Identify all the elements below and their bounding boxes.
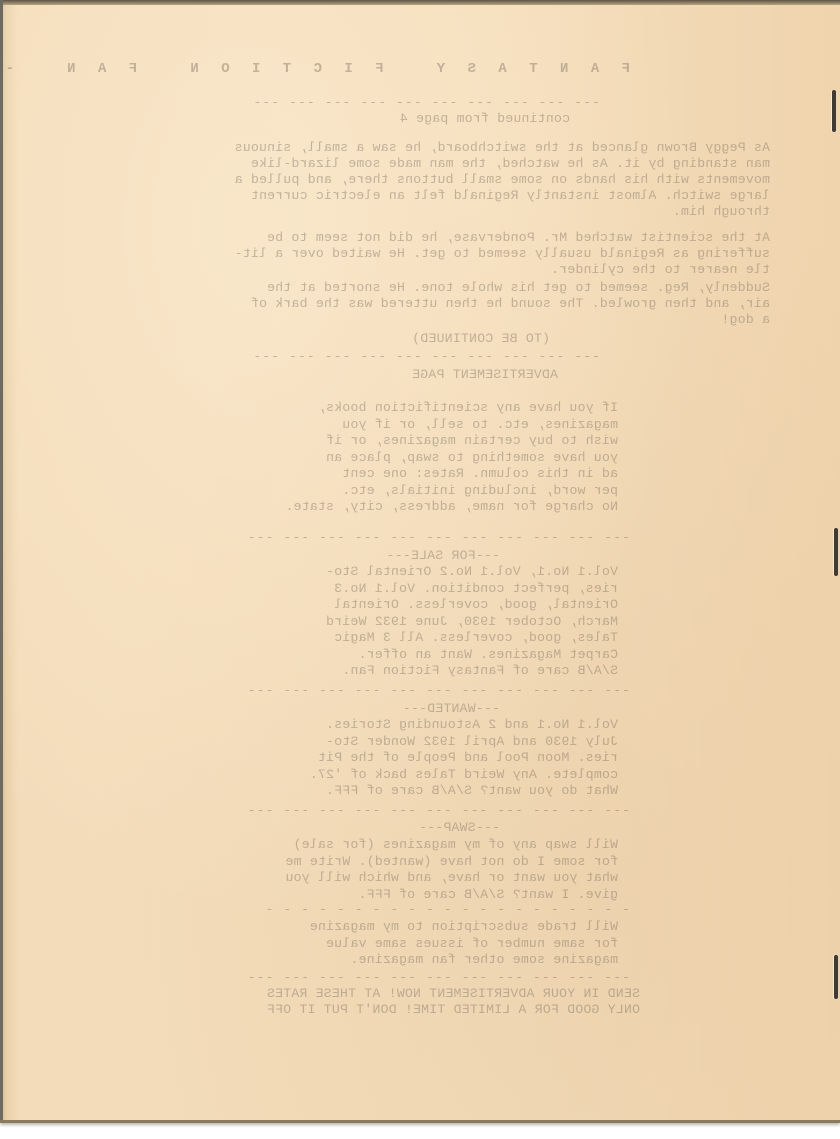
bleed-through-text: F A N T A S Y F I C T I O N F A N - 6 - … <box>0 0 840 1120</box>
wanted-line: ries. Moon Pool and People of the Pit <box>318 750 618 765</box>
for-sale-line: Vol.1 No.1, Vol.1 No.2 Oriental Sto- <box>326 564 618 579</box>
story-line: suffering as Reginald usually seemed to … <box>234 246 770 261</box>
swap-heading: ---SWAP--- <box>419 820 500 835</box>
trade-offer-line: Will trade subscription to my magazine <box>310 919 618 934</box>
swap-line: what you want or have, and which will yo… <box>285 870 618 885</box>
section-rule-5: - - - - - - - - - - - - - - - - - - - - … <box>265 902 630 917</box>
story-line: a dog! <box>721 312 770 327</box>
story-line: through him. <box>673 204 770 219</box>
ad-page-title: ADVERTISEMENT PAGE <box>412 367 558 382</box>
ad-intro-line: ad in this column. Rates: one cent <box>342 466 618 481</box>
wanted-line: complete. Any Weird Tales back of '27. <box>310 767 618 782</box>
closing-line: ONLY GOOD FOR A LIMITED TIME! DON'T PUT … <box>267 1002 640 1017</box>
page-header: F A N T A S Y F I C T I O N F A N - 6 - <box>0 62 630 77</box>
ad-intro-line: you have something to swap, place an <box>326 450 618 465</box>
story-line: At the scientist watched Mr. Pondervase,… <box>267 230 770 245</box>
ad-intro-line: wish to buy certain magazines, or if <box>326 433 618 448</box>
section-rule-1: --- --- --- --- --- --- --- --- --- --- <box>252 349 600 364</box>
to-be-continued: (TO BE CONTINUED) <box>412 331 550 346</box>
for-sale-line: March, October 1930, June 1932 Weird <box>326 614 618 629</box>
ad-intro-line: No charge for name, address, city, state… <box>285 499 618 514</box>
story-line: man standing by it. As he watched, the m… <box>251 156 770 171</box>
trade-offer-line: magazine some other fan magazine. <box>350 952 618 967</box>
wanted-line: What do you want? S/A/B care of FFF. <box>326 783 618 798</box>
ad-intro-line: magazines, etc. to sell, or if you <box>342 417 618 432</box>
story-line: large switch. Almost instantly Reginald … <box>251 188 770 203</box>
ad-intro-line: If you have any scientifiction books, <box>318 400 618 415</box>
trade-offer-line: for same number of issues same value <box>326 936 618 951</box>
swap-line: Will swap any of my magazines (for sale) <box>293 837 618 852</box>
story-line: As Peggy Brown glanced at the switchboar… <box>234 140 770 155</box>
story-line: air, and then growled. The sound he then… <box>251 296 770 311</box>
for-sale-line: ries, perfect condition. Vol.1 No.3 <box>334 581 618 596</box>
closing-line: SEND IN YOUR ADVERTISEMENT NOW! AT THESE… <box>267 986 640 1001</box>
section-rule-6: --- --- --- --- --- --- --- --- --- --- … <box>247 970 630 985</box>
for-sale-line: Tales, good, coverless. All 3 Magic <box>334 630 618 645</box>
section-rule-4: --- --- --- --- --- --- --- --- --- --- … <box>247 803 630 818</box>
section-rule-3: --- --- --- --- --- --- --- --- --- --- … <box>247 683 630 698</box>
scanned-page: F A N T A S Y F I C T I O N F A N - 6 - … <box>0 0 840 1123</box>
for-sale-line: Oriental, good, coverless. Oriental <box>334 597 618 612</box>
wanted-heading: ---WANTED--- <box>403 701 500 716</box>
wanted-line: Vol.1 No.1 and 2 Astounding Stories. <box>326 717 618 732</box>
swap-line: for some I do not have (wanted). Write m… <box>285 854 618 869</box>
story-line: Suddenly, Reg. seemed to get his whole t… <box>267 280 770 295</box>
ad-intro-line: per word, including initials, etc. <box>342 483 618 498</box>
section-rule-2: --- --- --- --- --- --- --- --- --- --- … <box>247 530 630 545</box>
story-line: movements with his hands on some small b… <box>234 172 770 187</box>
story-line: tle nearer to the cylinder. <box>551 262 770 277</box>
for-sale-heading: ---FOR SALE--- <box>386 548 500 563</box>
for-sale-line: S/A/B care of Fantasy Fiction Fan. <box>342 663 618 678</box>
wanted-line: July 1930 and April 1932 Wonder Sto- <box>326 734 618 749</box>
continued-from-note: continued from page 4 <box>400 111 570 126</box>
for-sale-line: Carpet Magazines. Want an offer. <box>358 647 618 662</box>
header-rule: --- --- --- --- --- --- --- --- --- --- <box>252 95 600 110</box>
swap-line: give. I want? S/A/B care of FFF. <box>358 887 618 902</box>
